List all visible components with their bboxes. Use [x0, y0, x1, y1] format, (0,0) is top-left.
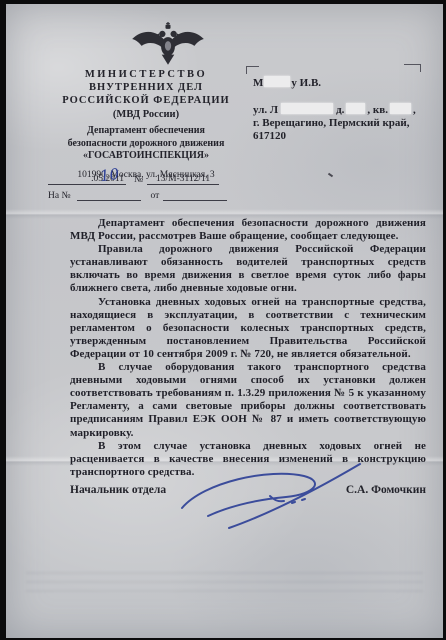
- paragraph-requirements: В случае оборудования такого транспортно…: [70, 361, 426, 440]
- apt-tail: ,: [413, 104, 416, 116]
- address-corner-mark-right: [404, 64, 421, 72]
- reference-from-label: от: [151, 191, 160, 201]
- signer-title: Начальник отдела: [70, 484, 166, 496]
- letterhead-block: МИНИСТЕРСТВО ВНУТРЕННИХ ДЕЛ РОССИЙСКОЙ Ф…: [40, 68, 252, 182]
- handwritten-signature: [174, 456, 364, 546]
- department-line2: безопасности дорожного движения: [40, 138, 252, 151]
- department-line1: Департамент обеспечения: [40, 125, 252, 138]
- ministry-name-line3: РОССИЙСКОЙ ФЕДЕРАЦИИ: [40, 94, 252, 107]
- ministry-abbreviation: (МВД России): [40, 108, 252, 121]
- paragraph-traffic-rules: Правила дорожного движения Российской Фе…: [70, 243, 426, 295]
- recipient-name-prefix: М: [253, 77, 263, 89]
- letter-body: Департамент обеспечения безопасности дор…: [70, 217, 426, 479]
- redaction-box-apartment: [390, 103, 411, 114]
- redaction-box-name: [264, 76, 290, 87]
- date-and-number-block: 10 .05.2011 № 13/М-3112/11 На № от: [48, 174, 248, 201]
- address-corner-mark-left: [246, 66, 259, 74]
- ink-speck: [328, 173, 333, 178]
- recipient-address-block: Му И.В. ул. Лд., кв., г. Верещагино, Пер…: [253, 76, 425, 143]
- recipient-street-line: ул. Лд., кв.,: [253, 103, 425, 117]
- outgoing-number: 13/М-3112/11: [147, 174, 219, 185]
- ministry-name-line1: МИНИСТЕРСТВО: [40, 68, 252, 81]
- house-label: д.: [336, 104, 344, 116]
- paragraph-intro: Департамент обеспечения безопасности дор…: [70, 217, 426, 243]
- recipient-name-suffix: у И.В.: [291, 77, 321, 89]
- department-line3: «ГОСАВТОИНСПЕКЦИЯ»: [40, 150, 252, 163]
- reverse-side-bleedthrough: [26, 572, 423, 598]
- redaction-box-street: [281, 103, 333, 114]
- street-prefix: ул. Л: [253, 104, 278, 116]
- apt-label: , кв.: [367, 104, 388, 116]
- handwritten-day: 10: [99, 165, 120, 185]
- ministry-name-line2: ВНУТРЕННИХ ДЕЛ: [40, 81, 252, 94]
- mvd-eagle-emblem: [118, 22, 218, 66]
- paragraph-installation-optional: Установка дневных ходовых огней на транс…: [70, 296, 426, 361]
- redaction-box-house: [346, 103, 365, 114]
- recipient-name-line: Му И.В.: [253, 76, 425, 90]
- reference-number-label: На №: [48, 191, 71, 201]
- date-field: 10 .05.2011: [48, 174, 126, 185]
- reference-number-blank: [77, 190, 141, 201]
- reference-date-blank: [163, 190, 227, 201]
- scanned-letter-page: МИНИСТЕРСТВО ВНУТРЕННИХ ДЕЛ РОССИЙСКОЙ Ф…: [6, 4, 443, 638]
- number-sign-label: №: [134, 175, 143, 185]
- recipient-zip: 617120: [253, 130, 425, 143]
- double-headed-eagle-icon: [120, 22, 216, 66]
- recipient-city-line: г. Верещагино, Пермский край,: [253, 117, 425, 130]
